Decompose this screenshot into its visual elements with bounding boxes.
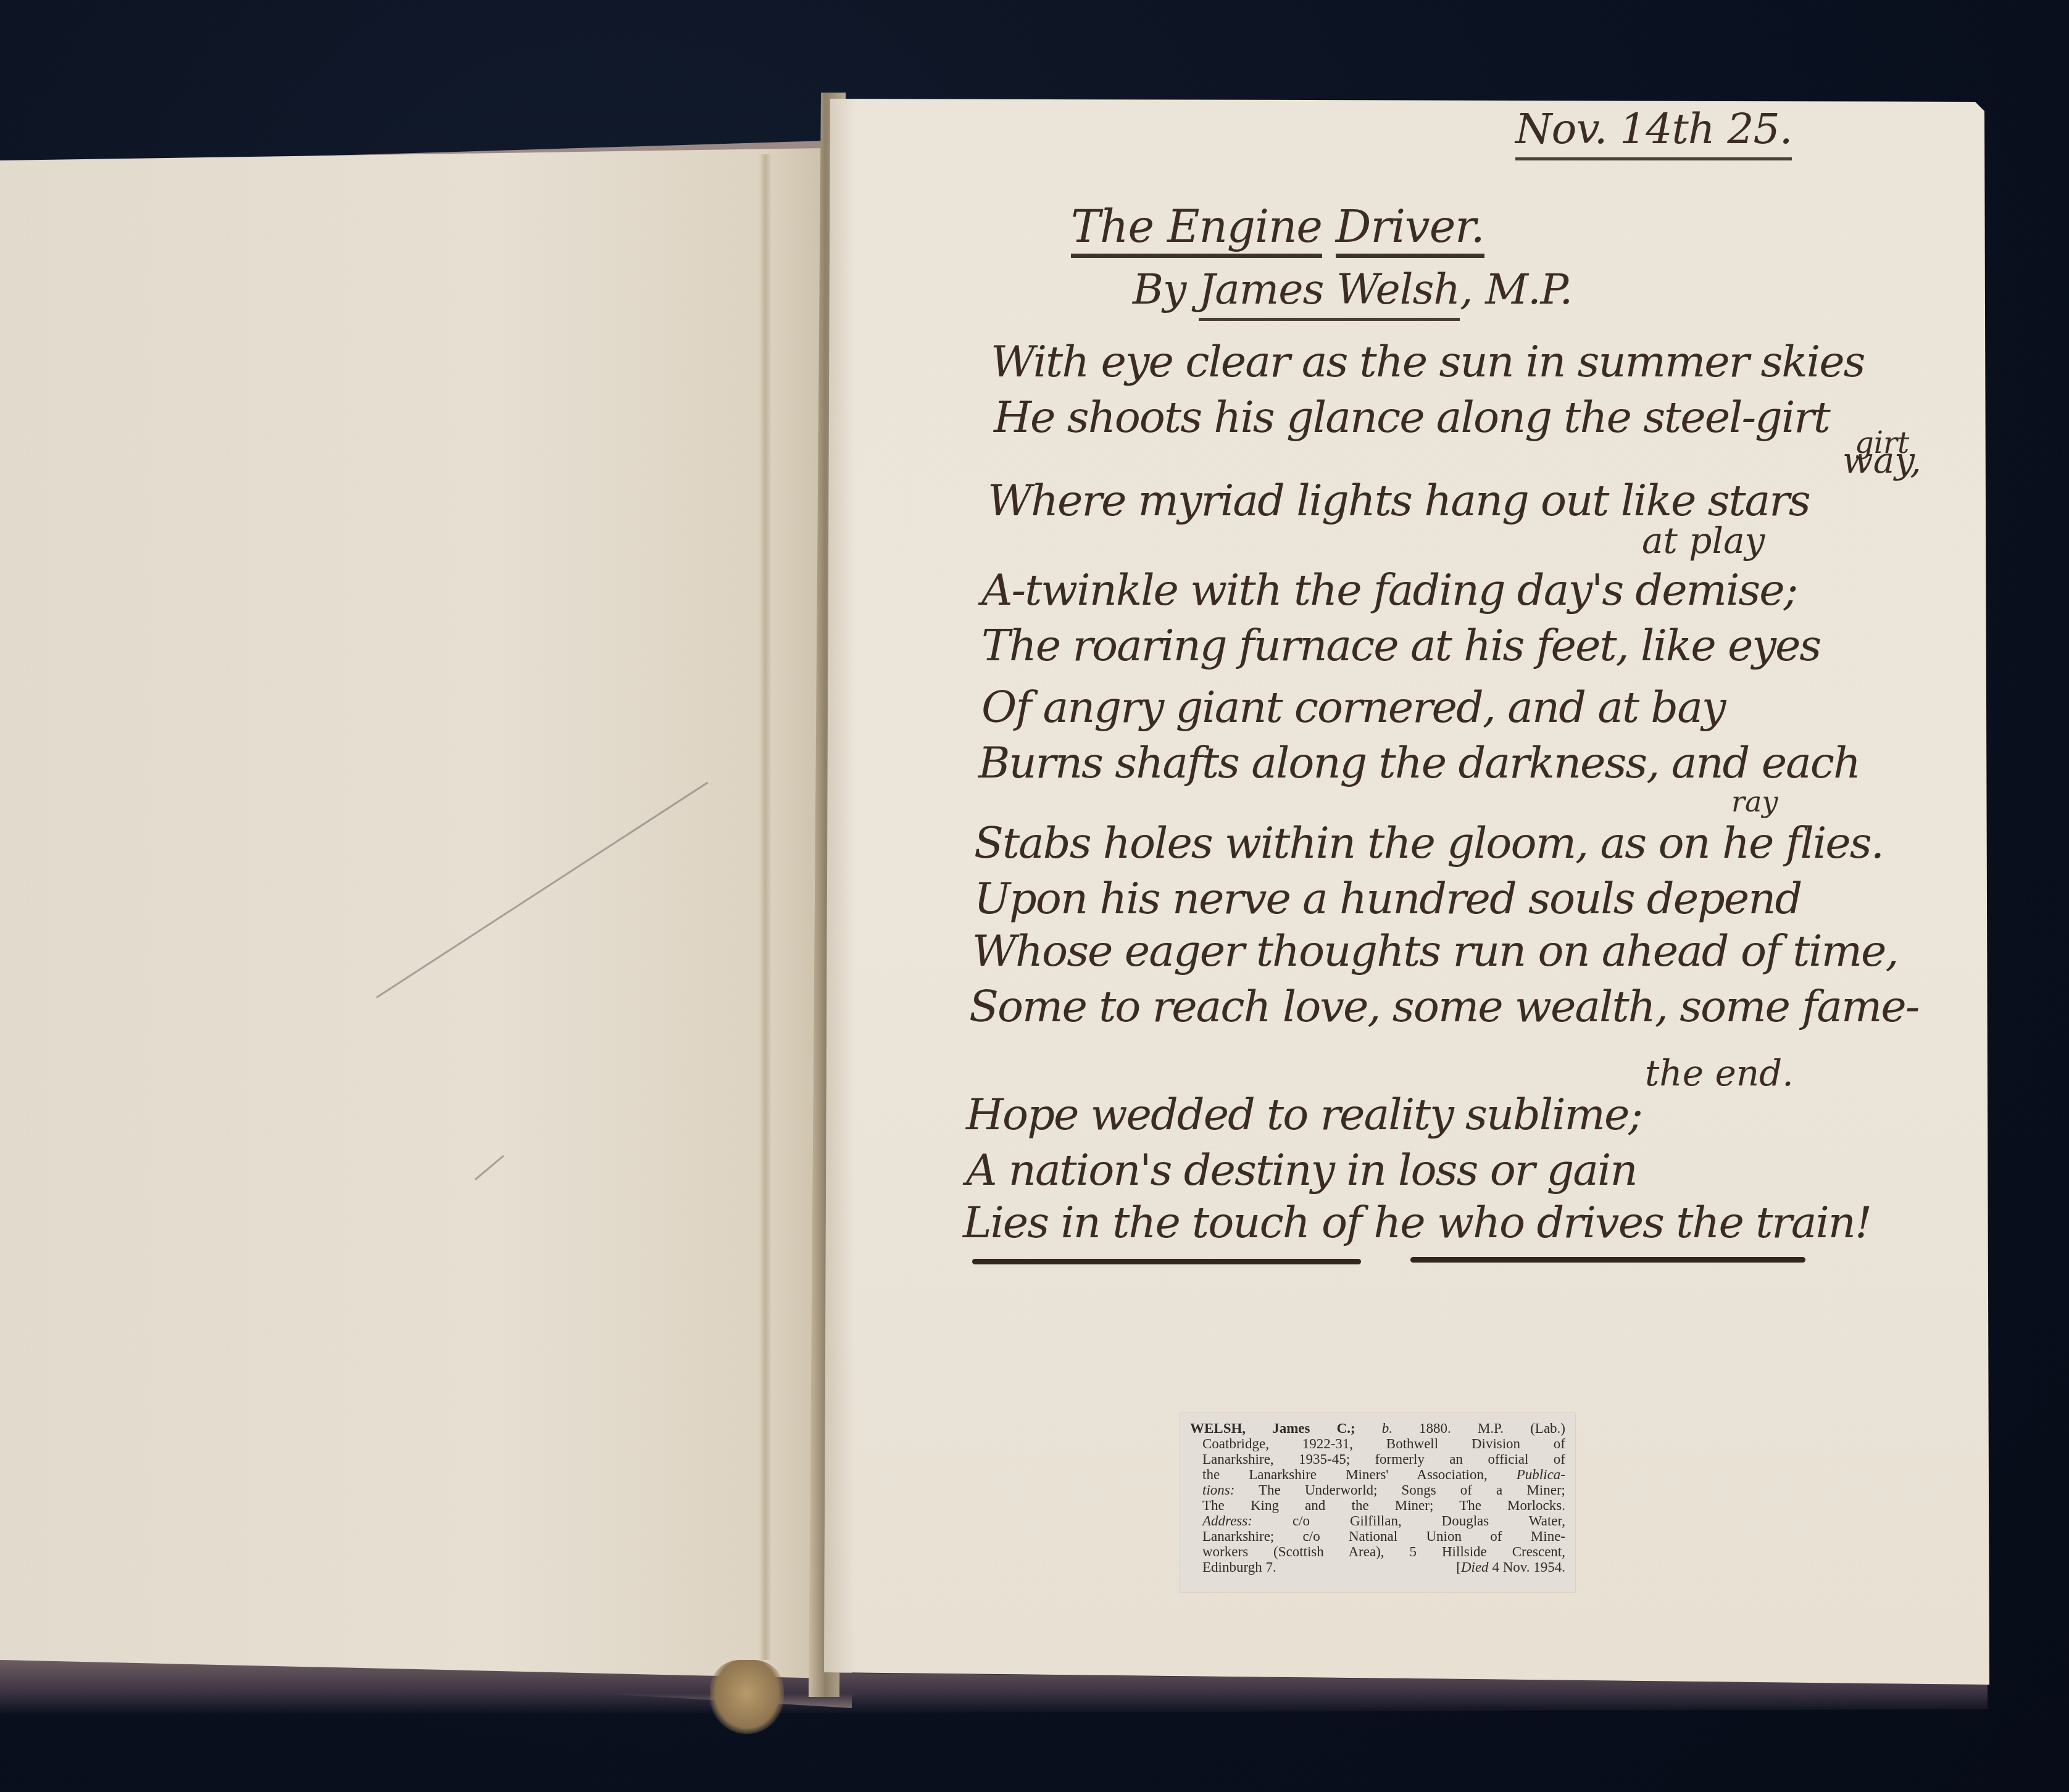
clipping-line: workers (Scottish Area), 5 Hillside Cres… xyxy=(1190,1544,1565,1559)
interlinear-note: at play xyxy=(1642,520,1765,562)
clipping-line: Coatbridge, 1922-31, Bothwell Division o… xyxy=(1190,1436,1565,1451)
author-suffix: , M.P. xyxy=(1460,265,1572,314)
poem-line: Hope wedded to reality sublime; xyxy=(966,1089,1642,1140)
author-prefix: By xyxy=(1133,265,1186,314)
final-line-underline-1 xyxy=(972,1259,1361,1264)
poem-line: The roaring furnace at his feet, like ey… xyxy=(981,620,1820,671)
poem-author: By James Welsh, M.P. xyxy=(1133,265,1572,314)
manuscript-date: Nov. 14th 25. xyxy=(1515,105,1792,160)
clipping-line: Lanarkshire, 1935-45; formerly an offici… xyxy=(1190,1451,1565,1467)
poem-line: Upon his nerve a hundred souls depend xyxy=(974,873,1801,924)
poem-line: Burns shafts along the darkness, and eac… xyxy=(978,737,1860,788)
spine-damage xyxy=(710,1660,784,1734)
interlinear-note: way, xyxy=(1842,439,1921,481)
poem-line: He shoots his glance along the steel-gir… xyxy=(994,392,1830,442)
biography-clipping: WELSH, James C.; b. 1880. M.P. (Lab.) Co… xyxy=(1180,1413,1575,1592)
clipping-line: Address: c/o Gilfillan, Douglas Water, xyxy=(1190,1513,1565,1529)
clipping-line: Lanarkshire; c/o National Union of Mine- xyxy=(1190,1529,1565,1544)
poem-line: Lies in the touch of he who drives the t… xyxy=(963,1197,1871,1248)
poem-title-part2: Driver. xyxy=(1336,201,1484,258)
poem-line: A-twinkle with the fading day's demise; xyxy=(981,565,1797,615)
endpaper-hinge xyxy=(759,154,772,1660)
photo-scene: Nov. 14th 25. The Engine Driver. By Jame… xyxy=(0,0,2069,1792)
poem-line: Where myriad lights hang out like stars xyxy=(988,475,1810,526)
poem-line: Whose eager thoughts run on ahead of tim… xyxy=(972,926,1898,976)
clipping-line: The King and the Miner; The Morlocks. xyxy=(1190,1498,1565,1513)
interlinear-note: ray xyxy=(1731,785,1778,818)
interlinear-note: the end. xyxy=(1645,1052,1794,1094)
clipping-line: tions: The Underworld; Songs of a Miner; xyxy=(1190,1482,1565,1498)
final-line-underline-2 xyxy=(1410,1257,1805,1263)
clipping-last-line: Edinburgh 7. [Died 4 Nov. 1954. xyxy=(1190,1559,1565,1575)
left-endpaper xyxy=(0,148,830,1678)
poem-line: A nation's destiny in loss or gain xyxy=(966,1145,1637,1195)
poem-line: Stabs holes within the gloom, as on he f… xyxy=(974,818,1883,868)
poem-title: The Engine Driver. xyxy=(1071,201,1484,252)
poem-line: With eye clear as the sun in summer skie… xyxy=(991,336,1865,387)
poem-title-part1: The Engine xyxy=(1071,201,1322,258)
clipping-heading: WELSH, James C.; b. 1880. M.P. (Lab.) xyxy=(1190,1421,1565,1436)
author-name: James Welsh xyxy=(1199,265,1460,321)
clipping-line: the Lanarkshire Miners' Association, Pub… xyxy=(1190,1467,1565,1482)
poem-line: Of angry giant cornered, and at bay xyxy=(981,682,1725,732)
poem-line: Some to reach love, some wealth, some fa… xyxy=(969,981,1918,1032)
